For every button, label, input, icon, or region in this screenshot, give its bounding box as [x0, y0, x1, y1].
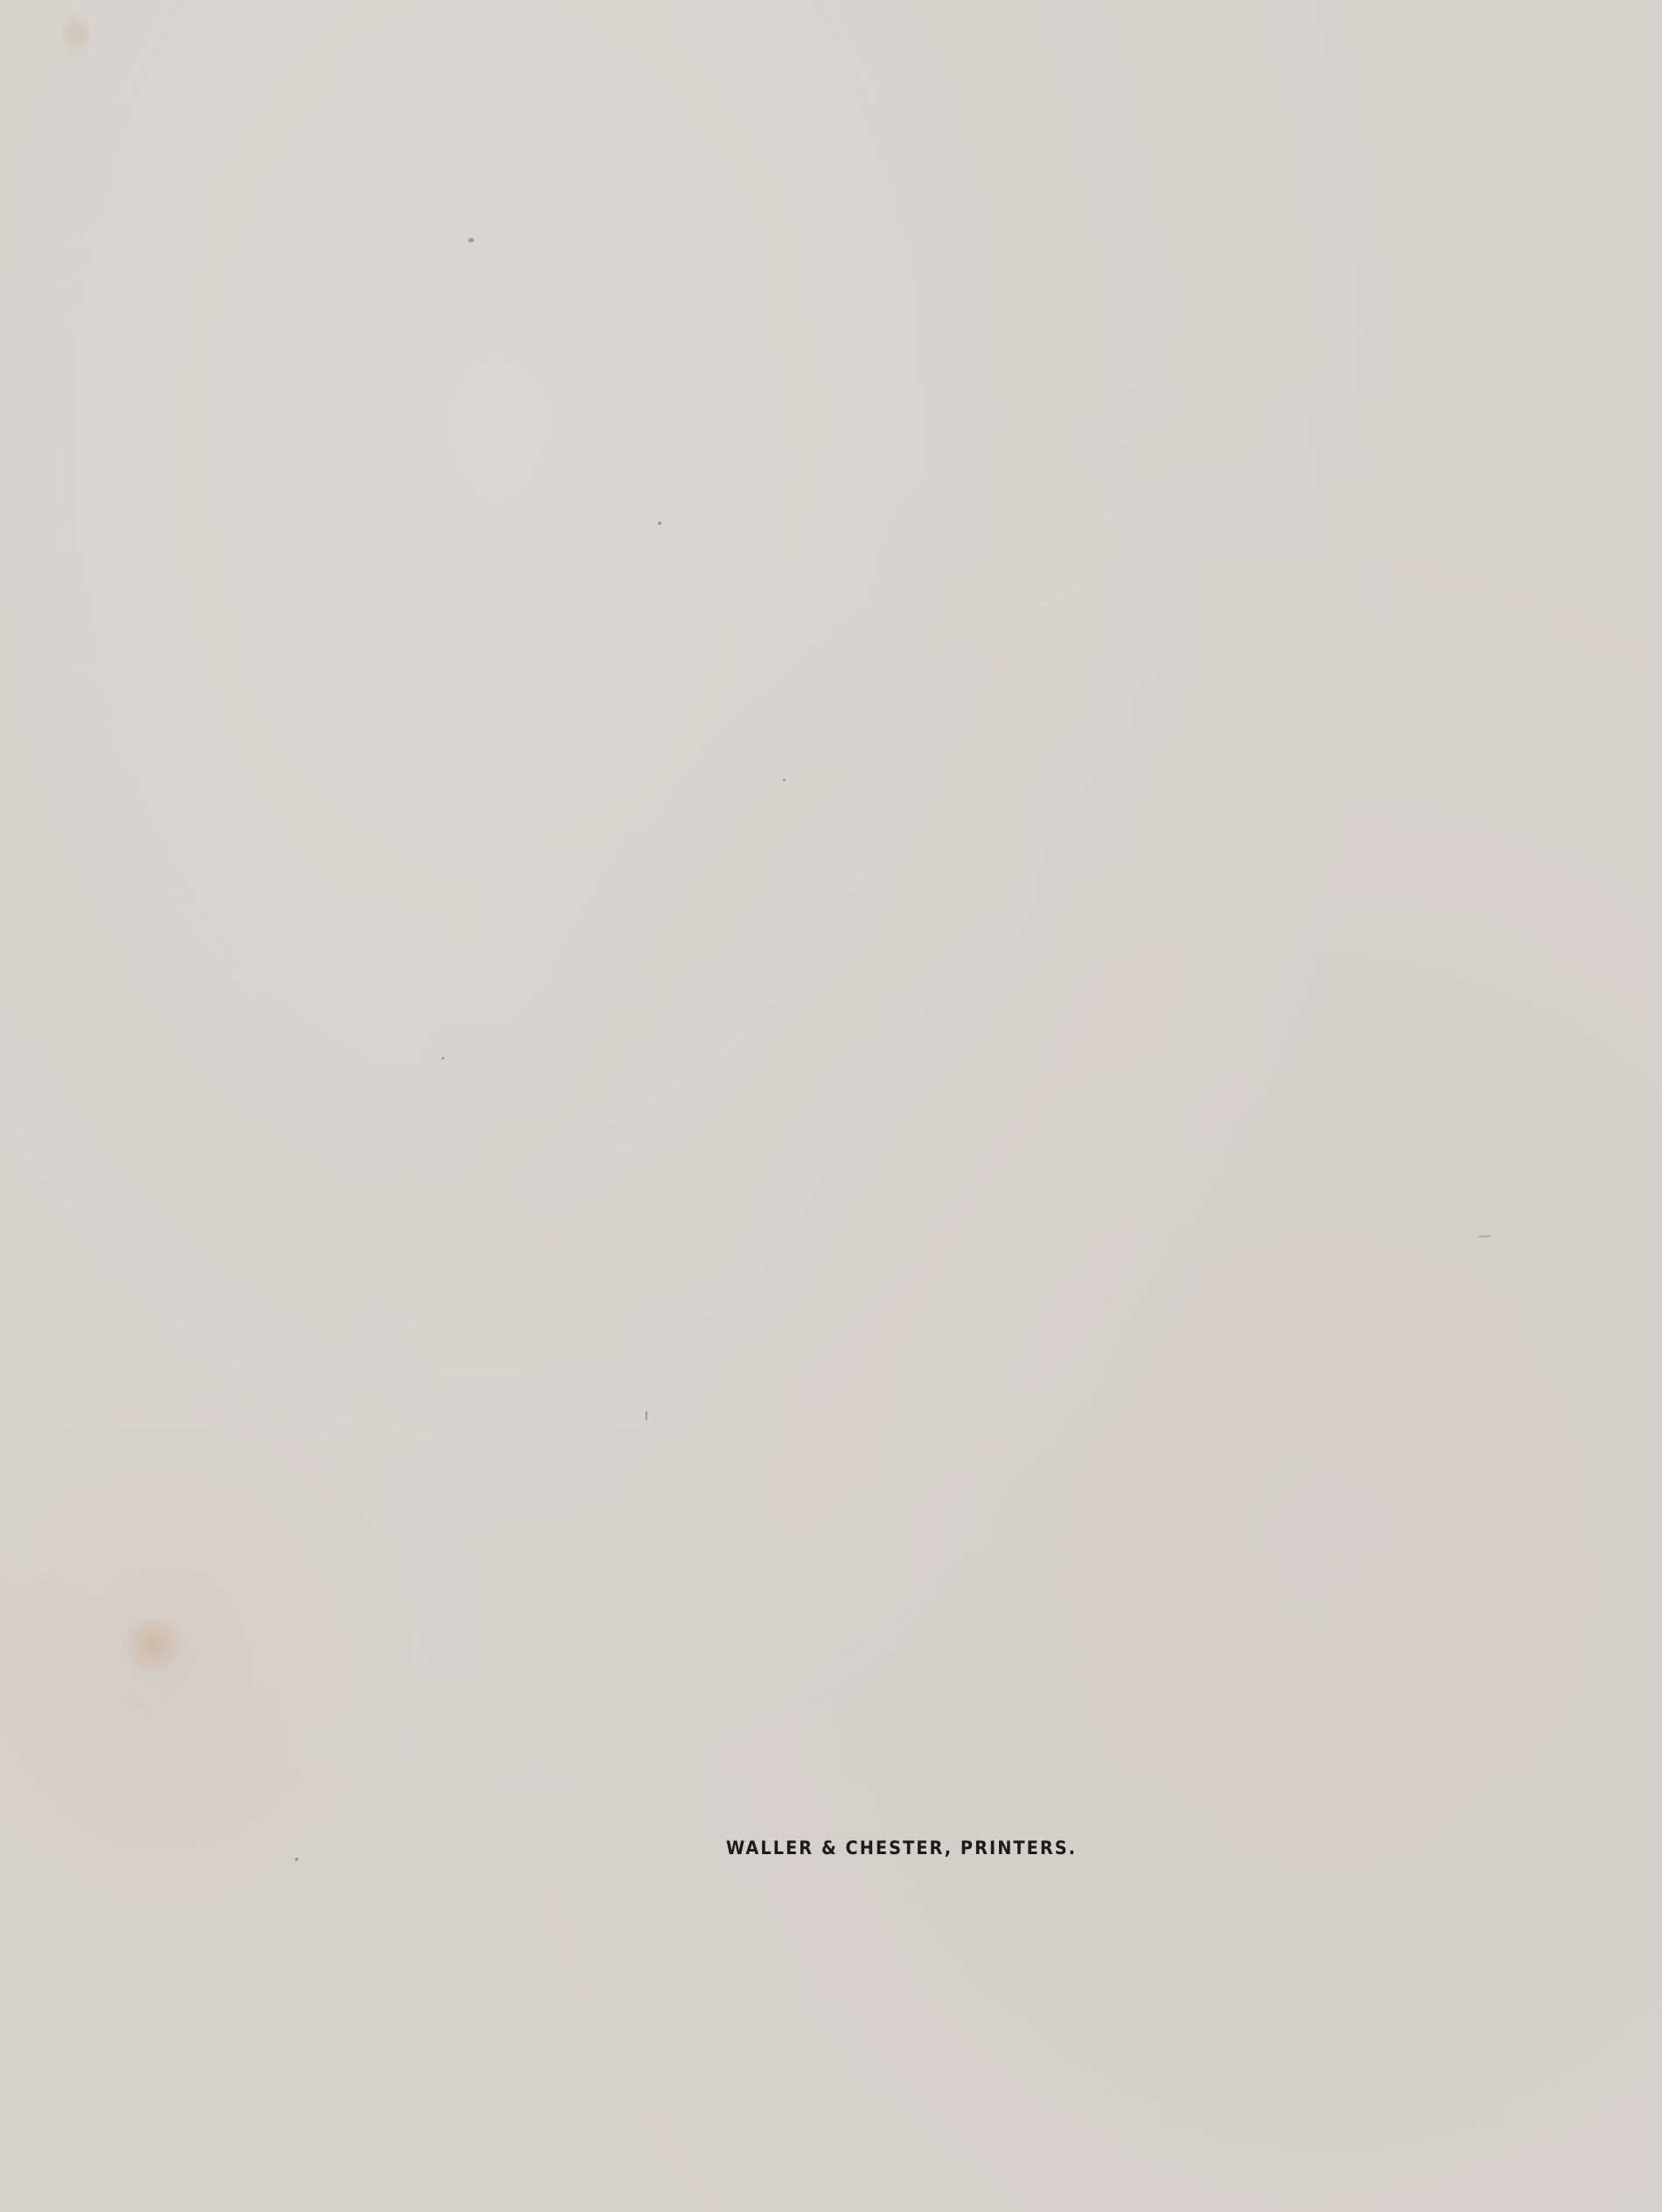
paper-speck	[783, 779, 786, 781]
paper-stain	[114, 1619, 192, 1671]
paper-speck	[1478, 1235, 1491, 1237]
paper-speck	[646, 1411, 647, 1420]
printer-imprint: WALLER & CHESTER, PRINTERS.	[66, 1837, 1596, 1858]
paper-speck	[442, 1057, 444, 1060]
document-page: WALLER & CHESTER, PRINTERS.	[0, 0, 1662, 2212]
paper-speck	[468, 238, 474, 242]
paper-stain	[63, 0, 89, 70]
paper-speck	[658, 521, 661, 525]
